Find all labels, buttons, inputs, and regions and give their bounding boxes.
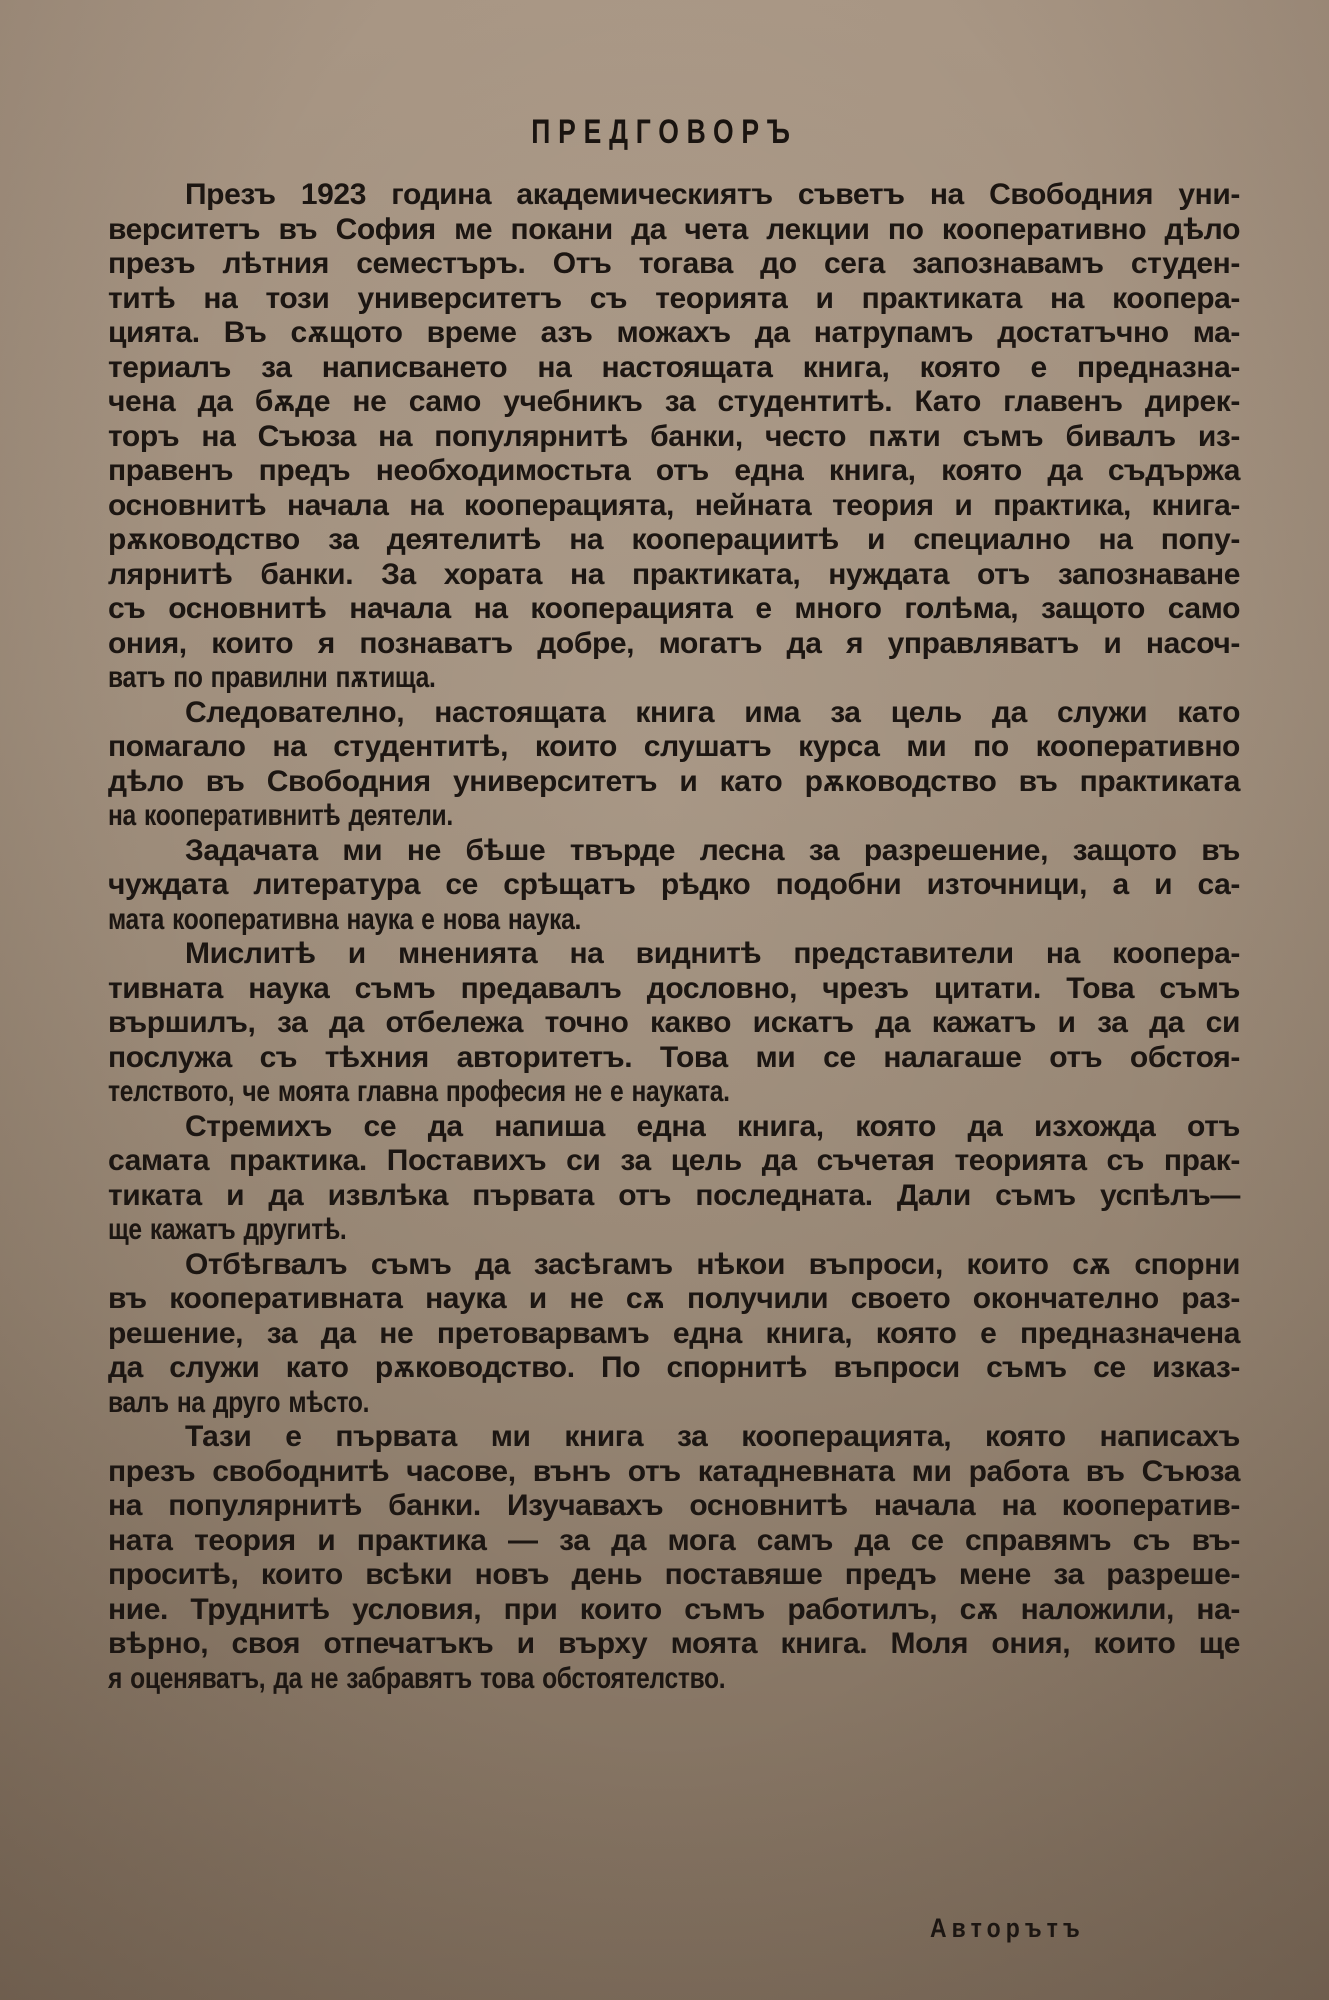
text-line: териалъ за написването на настоящата кни… [108, 351, 1240, 386]
text-line: Отбѣгвалъ съмъ да засѣгамъ нѣкои въпроси… [108, 1248, 1240, 1283]
line-text: на кооперативнитѣ деятели. [108, 799, 453, 834]
text-line: торъ на Съюза на популярнитѣ банки, чест… [108, 420, 1240, 455]
line-text: Мислитѣ и мненията на виднитѣ представит… [185, 937, 1240, 972]
line-text: Следователно, настоящата книга има за це… [185, 696, 1240, 731]
text-line: я оценяватъ, да не забравятъ това обстоя… [108, 1662, 1240, 1697]
text-line: Презъ 1923 година академическиятъ съветъ… [108, 178, 1240, 213]
line-text: титѣ на този университетъ съ теорията и … [108, 282, 1240, 317]
line-text: я оценяватъ, да не забравятъ това обстоя… [108, 1662, 725, 1697]
text-line: презъ лѣтния семестъръ. Отъ тогава до се… [108, 247, 1240, 282]
text-line: Мислитѣ и мненията на виднитѣ представит… [108, 937, 1240, 972]
line-text: тиката и да извлѣка първата отъ последна… [108, 1179, 1240, 1214]
text-line: рѫководство за деятелитѣ на кооперациитѣ… [108, 523, 1240, 558]
text-line: ната теория и практика — за да мога самъ… [108, 1524, 1240, 1559]
text-line: ватъ по правилни пѫтища. [108, 661, 1240, 696]
text-line: титѣ на този университетъ съ теорията и … [108, 282, 1240, 317]
line-text: да служи като рѫководство. По спорнитѣ в… [108, 1351, 1240, 1386]
text-line: Тази е първата ми книга за кооперацията,… [108, 1420, 1240, 1455]
line-text: на популярнитѣ банки. Изучавахъ основнит… [108, 1489, 1240, 1524]
line-text: цията. Въ сѫщото време азъ можахъ да нат… [108, 316, 1240, 351]
text-line: Задачата ми не бѣше твърде лесна за разр… [108, 834, 1240, 869]
line-text: послужа съ тѣхния авторитетъ. Това ми се… [108, 1041, 1240, 1076]
text-line: валъ на друго мѣсто. [108, 1386, 1240, 1421]
text-line: помагало на студентитѣ, които слушатъ ку… [108, 730, 1240, 765]
line-text: Стремихъ се да напиша една книга, която … [185, 1110, 1240, 1145]
line-text: Отбѣгвалъ съмъ да засѣгамъ нѣкои въпроси… [185, 1248, 1240, 1283]
text-line: мата кооперативна наука е нова наука. [108, 903, 1240, 938]
line-text: ната теория и практика — за да мога самъ… [108, 1524, 1240, 1559]
line-text: вѣрно, своя отпечатъкъ и върху моята кни… [108, 1627, 1240, 1662]
line-text: телството, че моята главна професия не е… [108, 1075, 730, 1110]
paragraph: Задачата ми не бѣше твърде лесна за разр… [108, 834, 1240, 938]
line-text: Презъ 1923 година академическиятъ съветъ… [185, 178, 1240, 213]
text-line: дѣло въ Свободния университетъ и като рѫ… [108, 765, 1240, 800]
line-text: тивната наука съмъ предавалъ дословно, ч… [108, 972, 1240, 1007]
line-text: ще кажатъ другитѣ. [108, 1213, 346, 1248]
line-text: презъ лѣтния семестъръ. Отъ тогава до се… [108, 247, 1240, 282]
page-title: ПРЕДГОВОРЪ [146, 113, 1183, 152]
paragraph: Отбѣгвалъ съмъ да засѣгамъ нѣкои въпроси… [108, 1248, 1240, 1421]
line-text: помагало на студентитѣ, които слушатъ ку… [108, 730, 1240, 765]
text-line: да служи като рѫководство. По спорнитѣ в… [108, 1351, 1240, 1386]
text-line: решение, за да не претоварвамъ една книг… [108, 1317, 1240, 1352]
text-line: лярнитѣ банки. За хората на практиката, … [108, 558, 1240, 593]
paragraph: Тази е първата ми книга за кооперацията,… [108, 1420, 1240, 1696]
line-text: дѣло въ Свободния университетъ и като рѫ… [108, 765, 1240, 800]
text-line: на популярнитѣ банки. Изучавахъ основнит… [108, 1489, 1240, 1524]
line-text: торъ на Съюза на популярнитѣ банки, чест… [108, 420, 1240, 455]
line-text: ние. Труднитѣ условия, при които съмъ ра… [108, 1593, 1240, 1628]
line-text: решение, за да не претоварвамъ една книг… [108, 1317, 1240, 1352]
text-line: цията. Въ сѫщото време азъ можахъ да нат… [108, 316, 1240, 351]
text-line: въ кооперативната наука и не сѫ получили… [108, 1282, 1240, 1317]
text-line: ще кажатъ другитѣ. [108, 1213, 1240, 1248]
line-text: валъ на друго мѣсто. [108, 1386, 369, 1421]
line-text: ония, които я познаватъ добре, могатъ да… [108, 627, 1240, 662]
paragraph: Стремихъ се да напиша една книга, която … [108, 1110, 1240, 1248]
line-text: чена да бѫде не само учебникъ за студент… [108, 385, 1240, 420]
line-text: чуждата литература се срѣщатъ рѣдко подо… [108, 868, 1240, 903]
text-line: верситетъ въ София ме покани да чета лек… [108, 213, 1240, 248]
text-line: тиката и да извлѣка първата отъ последна… [108, 1179, 1240, 1214]
text-line: телството, че моята главна професия не е… [108, 1075, 1240, 1110]
text-line: проситѣ, които всѣки новъ день поставяше… [108, 1558, 1240, 1593]
text-line: ние. Труднитѣ условия, при които съмъ ра… [108, 1593, 1240, 1628]
paragraph: Следователно, настоящата книга има за це… [108, 696, 1240, 834]
paragraph: Мислитѣ и мненията на виднитѣ представит… [108, 937, 1240, 1110]
text-line: вършилъ, за да отбележа точно какво иска… [108, 1006, 1240, 1041]
line-text: мата кооперативна наука е нова наука. [108, 903, 581, 938]
line-text: лярнитѣ банки. За хората на практиката, … [108, 558, 1240, 593]
line-text: правенъ предъ необходимостьта отъ една к… [108, 454, 1240, 489]
preface-body: Презъ 1923 година академическиятъ съветъ… [108, 178, 1240, 1696]
text-line: самата практика. Поставихъ си за цель да… [108, 1144, 1240, 1179]
text-line: тивната наука съмъ предавалъ дословно, ч… [108, 972, 1240, 1007]
text-line: ония, които я познаватъ добре, могатъ да… [108, 627, 1240, 662]
text-line: чуждата литература се срѣщатъ рѣдко подо… [108, 868, 1240, 903]
text-line: съ основнитѣ начала на кооперацията е мн… [108, 592, 1240, 627]
paragraph: Презъ 1923 година академическиятъ съветъ… [108, 178, 1240, 696]
text-line: Следователно, настоящата книга има за це… [108, 696, 1240, 731]
text-line: основнитѣ начала на кооперацията, нейнат… [108, 489, 1240, 524]
line-text: ватъ по правилни пѫтища. [108, 661, 435, 696]
line-text: проситѣ, които всѣки новъ день поставяше… [108, 1558, 1240, 1593]
line-text: верситетъ въ София ме покани да чета лек… [108, 213, 1240, 248]
line-text: териалъ за написването на настоящата кни… [108, 351, 1240, 386]
line-text: вършилъ, за да отбележа точно какво иска… [108, 1006, 1240, 1041]
text-line: Стремихъ се да напиша една книга, която … [108, 1110, 1240, 1145]
text-line: вѣрно, своя отпечатъкъ и върху моята кни… [108, 1627, 1240, 1662]
line-text: Тази е първата ми книга за кооперацията,… [185, 1420, 1240, 1455]
line-text: въ кооперативната наука и не сѫ получили… [108, 1282, 1240, 1317]
text-line: правенъ предъ необходимостьта отъ една к… [108, 454, 1240, 489]
line-text: самата практика. Поставихъ си за цель да… [108, 1144, 1240, 1179]
text-line: чена да бѫде не само учебникъ за студент… [108, 385, 1240, 420]
text-line: презъ свободнитѣ часове, вънъ отъ катадн… [108, 1455, 1240, 1490]
author-signature: Авторътъ [930, 1913, 1085, 1944]
text-line: на кооперативнитѣ деятели. [108, 799, 1240, 834]
line-text: съ основнитѣ начала на кооперацията е мн… [108, 592, 1240, 627]
line-text: рѫководство за деятелитѣ на кооперациитѣ… [108, 523, 1240, 558]
text-line: послужа съ тѣхния авторитетъ. Това ми се… [108, 1041, 1240, 1076]
line-text: основнитѣ начала на кооперацията, нейнат… [108, 489, 1240, 524]
line-text: презъ свободнитѣ часове, вънъ отъ катадн… [108, 1455, 1240, 1490]
line-text: Задачата ми не бѣше твърде лесна за разр… [185, 834, 1240, 869]
